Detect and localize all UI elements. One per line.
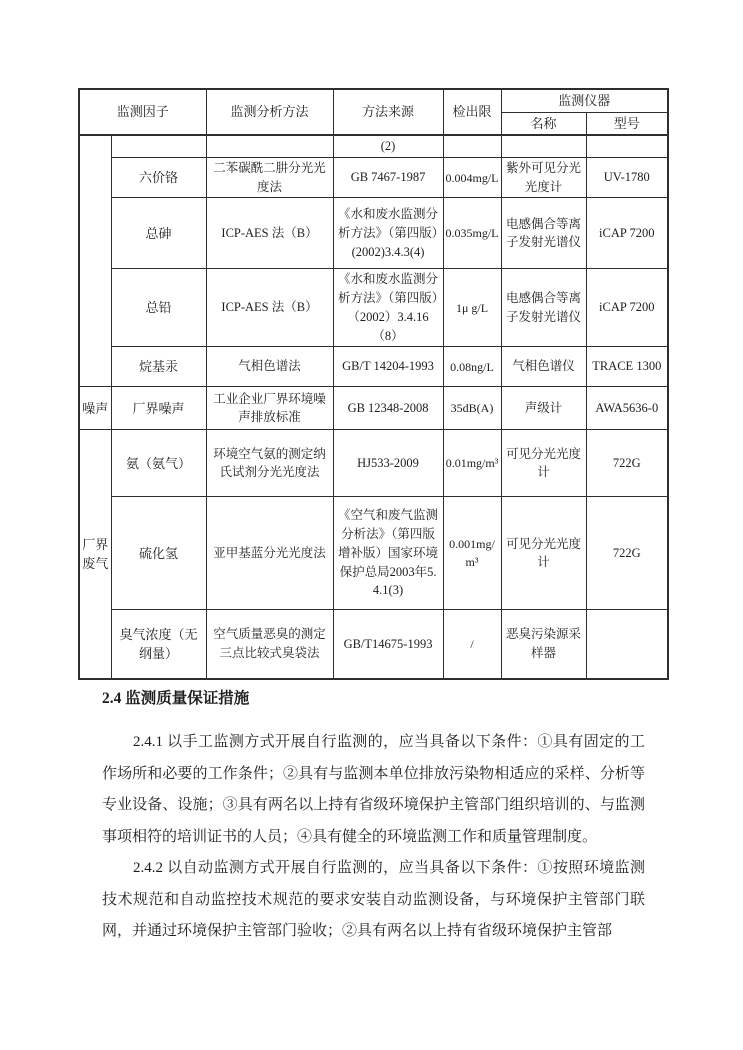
group-cell-noise: 噪声 [79, 387, 111, 430]
cell-limit: 1μ g/L [443, 269, 501, 347]
cell-factor: 臭气浓度（无纲量） [111, 610, 206, 679]
cell-limit: 0.004mg/L [443, 157, 501, 198]
cell-source: 《空气和废气监测分析法》（第四版增补版）国家环境保护总局2003年5.4.1(3… [333, 497, 443, 610]
cell-instrument-model [586, 610, 668, 679]
section-heading: 2.4 监测质量保证措施 [102, 688, 645, 710]
cell-limit: 0.01mg/m³ [443, 430, 501, 497]
header-instrument: 监测仪器 [501, 89, 668, 112]
table-row: 臭气浓度（无纲量） 空气质量恶臭的测定三点比较式臭袋法 GB/T14675-19… [79, 610, 668, 679]
table-row: 噪声 厂界噪声 工业企业厂界环境噪声排放标准 GB 12348-2008 35d… [79, 387, 668, 430]
cell-method: ICP-AES 法（B） [206, 269, 333, 347]
cell-instrument-model: iCAP 7200 [586, 269, 668, 347]
cell-instrument-model [586, 135, 668, 157]
header-method: 监测分析方法 [206, 89, 333, 135]
cell-limit: 0.001mg/m³ [443, 497, 501, 610]
cell-factor: 厂界噪声 [111, 387, 206, 430]
group-cell-boundary-gas: 厂界废气 [79, 430, 111, 679]
document-page: 监测因子 监测分析方法 方法来源 检出限 监测仪器 名称 型号 (2) [0, 0, 743, 1050]
cell-instrument-name: 恶臭污染源采样器 [501, 610, 586, 679]
cell-instrument-name: 声级计 [501, 387, 586, 430]
cell-instrument-name: 气相色谱仪 [501, 347, 586, 387]
cell-limit: / [443, 610, 501, 679]
cell-source: GB/T 14204-1993 [333, 347, 443, 387]
header-limit: 检出限 [443, 89, 501, 135]
cell-instrument-model: AWA5636-0 [586, 387, 668, 430]
cell-method: 亚甲基蓝分光光度法 [206, 497, 333, 610]
cell-instrument-model: iCAP 7200 [586, 198, 668, 269]
header-instrument-name: 名称 [501, 112, 586, 135]
cell-source: 《水和废水监测分析方法》（第四版）（2002）3.4.16（8） [333, 269, 443, 347]
table-row: 烷基汞 气相色谱法 GB/T 14204-1993 0.08ng/L 气相色谱仪… [79, 347, 668, 387]
cell-limit [443, 135, 501, 157]
cell-factor: 氨（氨气） [111, 430, 206, 497]
cell-instrument-name: 电感偶合等离子发射光谱仪 [501, 198, 586, 269]
paragraph-2-4-1: 2.4.1 以手工监测方式开展自行监测的，应当具备以下条件：①具有固定的工作场所… [102, 727, 645, 853]
table-row: 六价铬 二苯碳酰二肼分光光度法 GB 7467-1987 0.004mg/L 紫… [79, 157, 668, 198]
cell-instrument-name [501, 135, 586, 157]
cell-method: ICP-AES 法（B） [206, 198, 333, 269]
header-factor: 监测因子 [79, 89, 206, 135]
cell-instrument-name: 可见分光光度计 [501, 430, 586, 497]
cell-method: 环境空气氨的测定纳氏试剂分光光度法 [206, 430, 333, 497]
cell-instrument-model: 722G [586, 497, 668, 610]
cell-limit: 0.035mg/L [443, 198, 501, 269]
header-source: 方法来源 [333, 89, 443, 135]
cell-source: GB/T14675-1993 [333, 610, 443, 679]
table-row: 硫化氢 亚甲基蓝分光光度法 《空气和废气监测分析法》（第四版增补版）国家环境保护… [79, 497, 668, 610]
cell-factor: 总砷 [111, 198, 206, 269]
cell-instrument-model: 722G [586, 430, 668, 497]
cell-source: GB 7467-1987 [333, 157, 443, 198]
cell-source: GB 12348-2008 [333, 387, 443, 430]
cell-instrument-model: TRACE 1300 [586, 347, 668, 387]
header-instrument-model: 型号 [586, 112, 668, 135]
table-row: (2) [79, 135, 668, 157]
cell-limit: 35dB(A) [443, 387, 501, 430]
cell-source: (2) [333, 135, 443, 157]
cell-factor: 烷基汞 [111, 347, 206, 387]
cell-method: 二苯碳酰二肼分光光度法 [206, 157, 333, 198]
table-header-row-1: 监测因子 监测分析方法 方法来源 检出限 监测仪器 [79, 89, 668, 112]
cell-factor: 六价铬 [111, 157, 206, 198]
cell-factor: 总铅 [111, 269, 206, 347]
cell-method: 气相色谱法 [206, 347, 333, 387]
table-row: 总砷 ICP-AES 法（B） 《水和废水监测分析方法》（第四版）(2002)3… [79, 198, 668, 269]
cell-method: 空气质量恶臭的测定三点比较式臭袋法 [206, 610, 333, 679]
cell-instrument-model: UV-1780 [586, 157, 668, 198]
paragraph-2-4-2: 2.4.2 以自动监测方式开展自行监测的，应当具备以下条件：①按照环境监测技术规… [102, 853, 645, 948]
table-row: 总铅 ICP-AES 法（B） 《水和废水监测分析方法》（第四版）（2002）3… [79, 269, 668, 347]
cell-limit: 0.08ng/L [443, 347, 501, 387]
cell-method: 工业企业厂界环境噪声排放标准 [206, 387, 333, 430]
group-cell-wastewater-cont [79, 135, 111, 387]
cell-factor: 硫化氢 [111, 497, 206, 610]
cell-source: 《水和废水监测分析方法》（第四版）(2002)3.4.3(4) [333, 198, 443, 269]
table-row: 厂界废气 氨（氨气） 环境空气氨的测定纳氏试剂分光光度法 HJ533-2009 … [79, 430, 668, 497]
cell-method [206, 135, 333, 157]
section-2-4: 2.4 监测质量保证措施 2.4.1 以手工监测方式开展自行监测的，应当具备以下… [102, 688, 645, 948]
cell-factor [111, 135, 206, 157]
monitoring-table: 监测因子 监测分析方法 方法来源 检出限 监测仪器 名称 型号 (2) [78, 88, 669, 680]
cell-source: HJ533-2009 [333, 430, 443, 497]
cell-instrument-name: 紫外可见分光光度计 [501, 157, 586, 198]
cell-instrument-name: 电感偶合等离子发射光谱仪 [501, 269, 586, 347]
cell-instrument-name: 可见分光光度计 [501, 497, 586, 610]
